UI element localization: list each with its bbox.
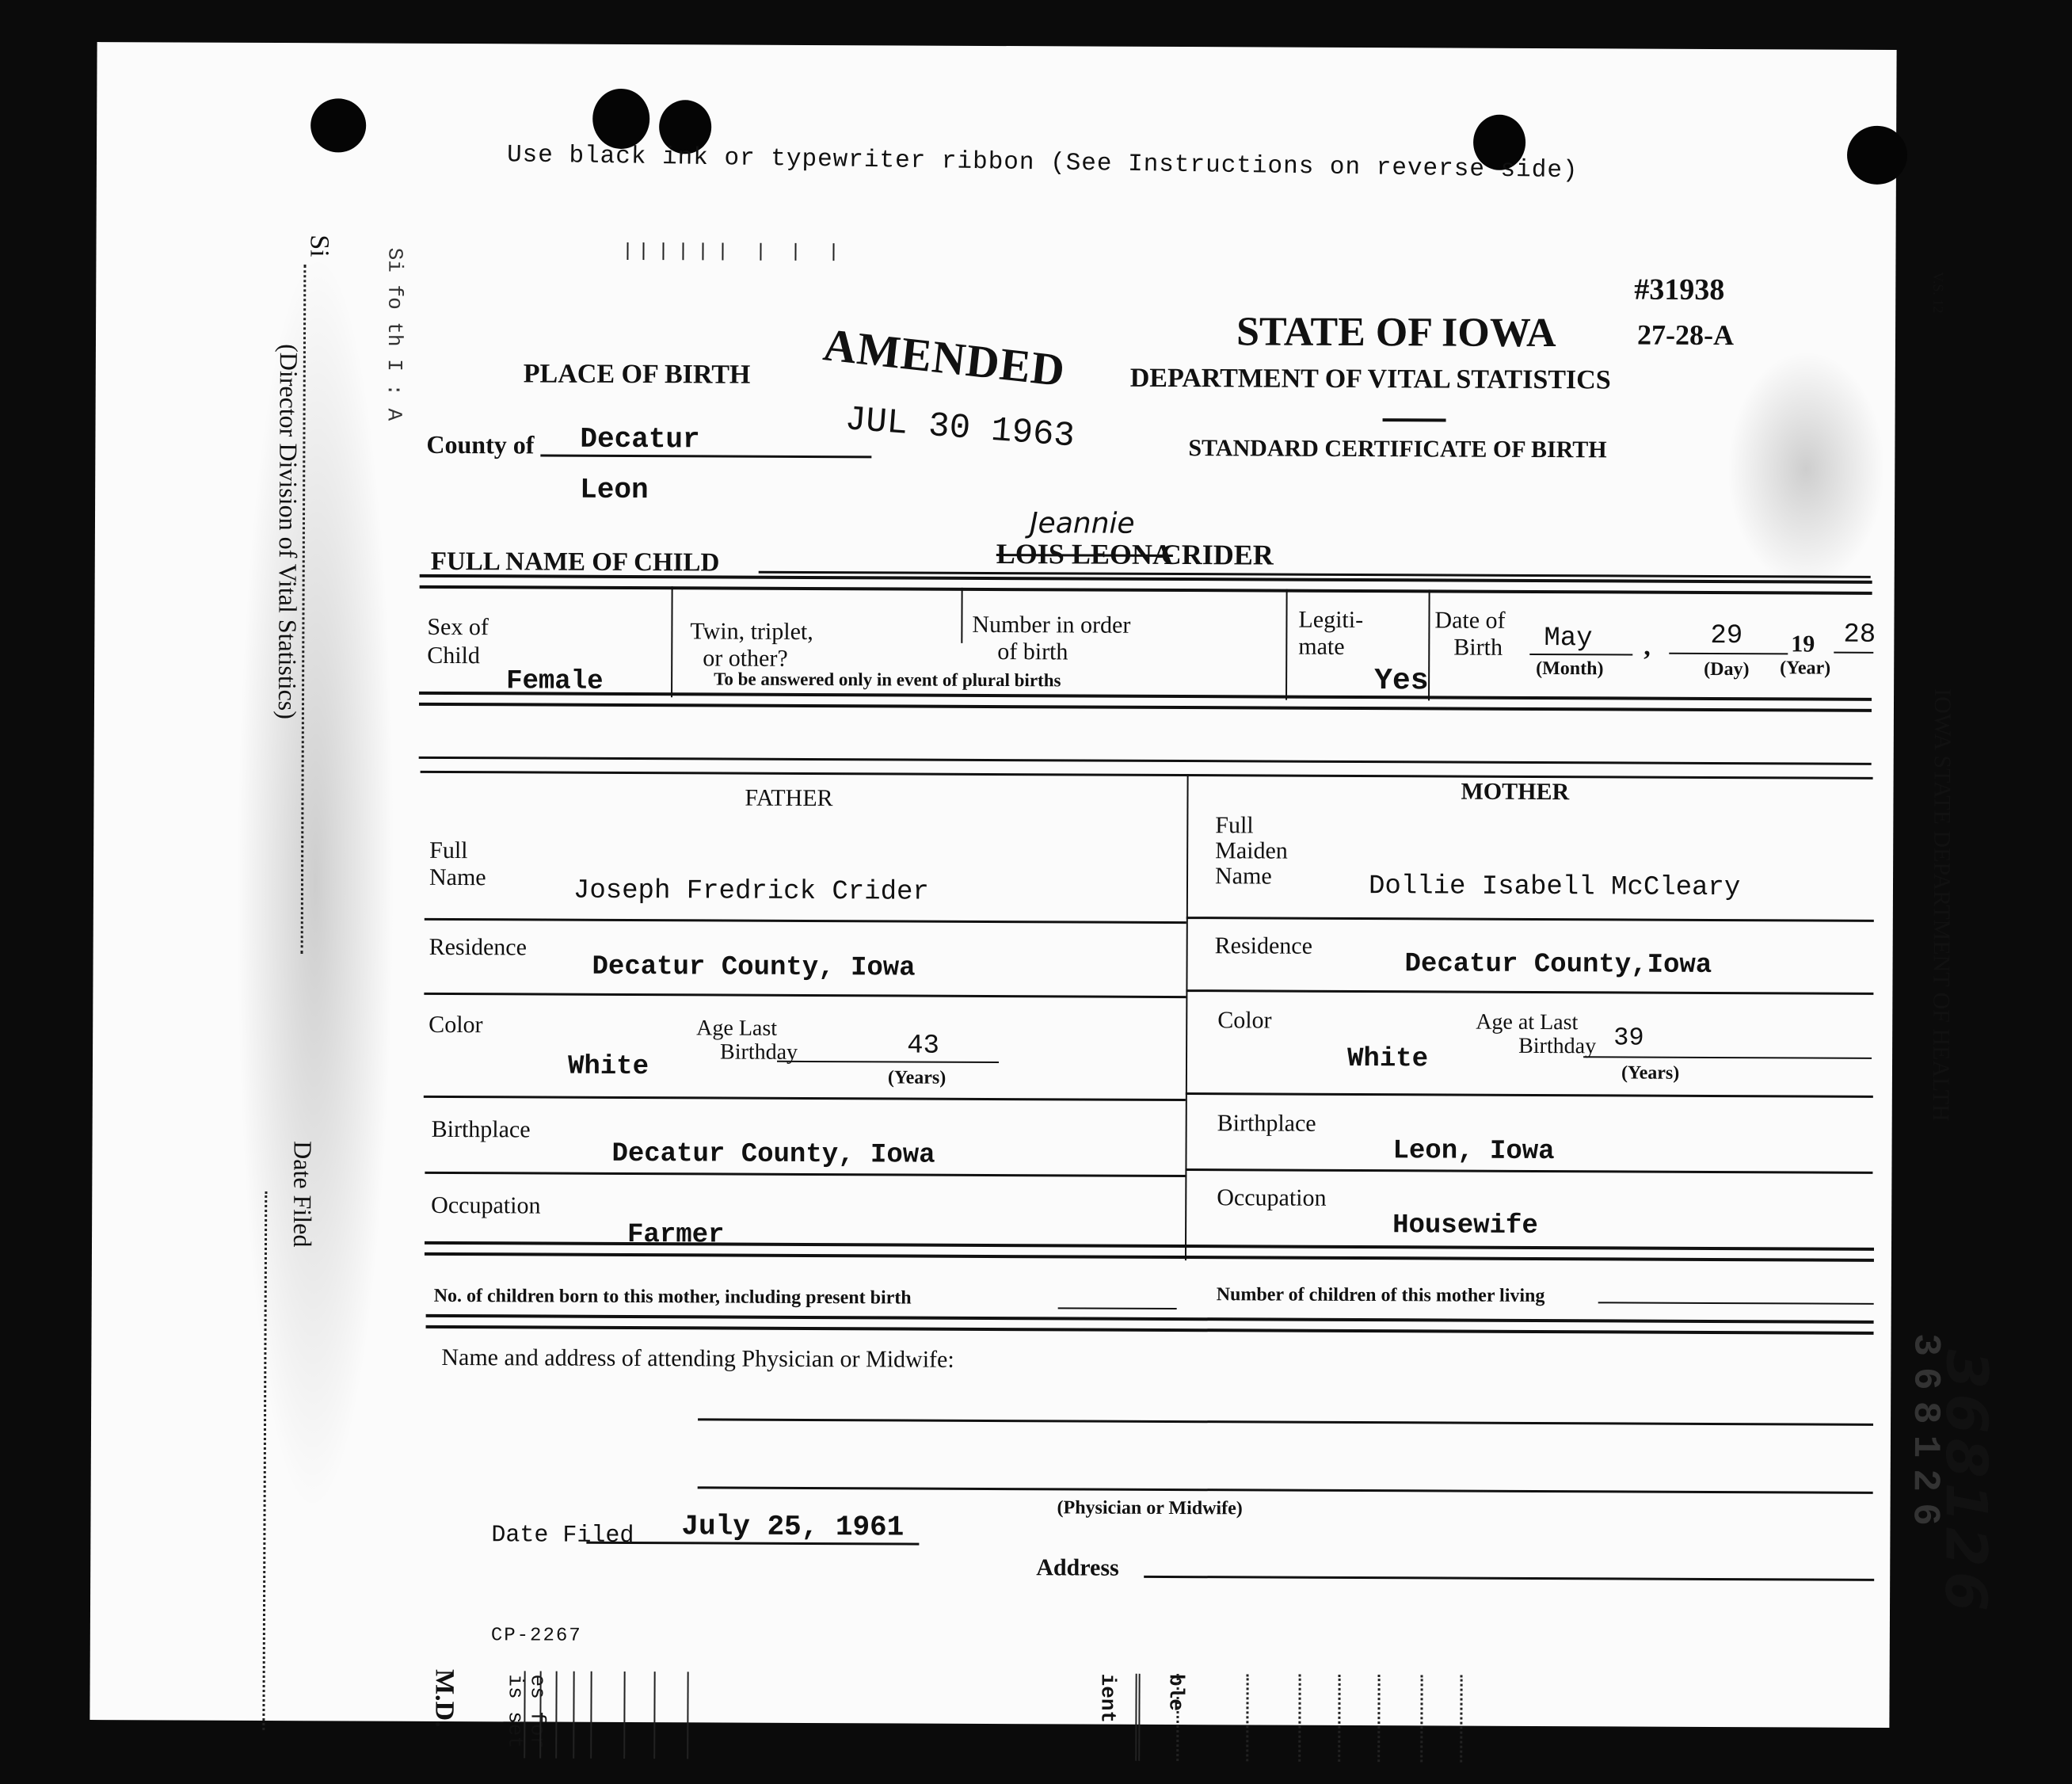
right-stamped-number: 368126: [1903, 1333, 1946, 1537]
dob-month-underline: [1529, 654, 1632, 656]
order-label-2: of birth: [997, 639, 1068, 665]
bottom-dotted: [1338, 1675, 1340, 1762]
form-id-vertical: V.S. 12: [1929, 272, 1946, 313]
left-md-label: M.D.: [428, 1669, 459, 1728]
place-of-birth-heading: PLACE OF BIRTH: [524, 359, 751, 390]
children-living-blank[interactable]: [1598, 1302, 1874, 1305]
margin-tick: [702, 242, 703, 260]
department-title: DEPARTMENT OF VITAL STATISTICS: [1130, 364, 1611, 396]
scan-smudge: [1727, 350, 1886, 589]
bottom-tick: [653, 1672, 655, 1759]
bottom-fragment-1: es for: [525, 1674, 549, 1748]
child-name-label: FULL NAME OF CHILD: [431, 547, 720, 578]
dob-year-caption: (Year): [1780, 658, 1830, 679]
dob-day[interactable]: 29: [1710, 621, 1743, 651]
mother-residence[interactable]: Decatur County,Iowa: [1404, 949, 1712, 981]
dob-comma: ,: [1644, 632, 1651, 662]
children-born-label: No. of children born to this mother, inc…: [434, 1286, 912, 1309]
mother-age-label-1: Age at Last: [1476, 1010, 1578, 1036]
father-name-label-1: Full: [429, 837, 468, 864]
mother-name[interactable]: Dollie Isabell McCleary: [1369, 871, 1740, 903]
dob-month[interactable]: May: [1544, 623, 1592, 654]
twin-label-1: Twin, triplet,: [690, 618, 813, 646]
child-row-top-border: [420, 574, 1872, 595]
date-filed-label: Date Filed: [491, 1522, 634, 1550]
father-color[interactable]: White: [568, 1052, 649, 1082]
address-line[interactable]: [1144, 1576, 1874, 1581]
father-name[interactable]: Joseph Fredrick Crider: [573, 876, 929, 908]
margin-tick: [760, 243, 761, 261]
sex-value[interactable]: Female: [506, 666, 604, 697]
child-name-struck[interactable]: LOIS LEONA: [996, 537, 1173, 571]
state-title: STATE OF IOWA: [1236, 308, 1556, 356]
father-residence[interactable]: Decatur County, Iowa: [592, 952, 915, 984]
amended-stamp: AMENDED: [821, 318, 1068, 397]
left-date-filed: Date Filed: [288, 1141, 318, 1247]
scan-smudge: [234, 249, 398, 1517]
bottom-tick: [1138, 1674, 1140, 1761]
county-value[interactable]: Decatur: [580, 423, 699, 456]
mother-name-label-3: Name: [1215, 863, 1272, 890]
dob-year[interactable]: 28: [1843, 620, 1876, 650]
mother-occupation-label: Occupation: [1217, 1184, 1326, 1212]
father-birthplace-line: [425, 1172, 1185, 1177]
parents-bottom-border: [425, 1241, 1874, 1262]
dob-year-underline: [1834, 652, 1873, 654]
signature-fragment: Si: [303, 234, 333, 257]
father-color-line: [424, 1096, 1186, 1101]
bottom-tick: [555, 1672, 557, 1759]
bottom-tick: [687, 1672, 688, 1759]
form-code: 27-28-A: [1637, 318, 1734, 353]
dob-day-caption: (Day): [1704, 659, 1749, 680]
physician-caption: (Physician or Midwife): [1057, 1497, 1243, 1519]
ink-instruction: Use black ink or typewriter ribbon (See …: [507, 141, 1579, 185]
father-heading: FATHER: [745, 785, 832, 812]
margin-tick: [662, 242, 664, 260]
city-value[interactable]: Leon: [580, 474, 649, 506]
sex-label-2: Child: [427, 642, 480, 669]
father-occupation-label: Occupation: [431, 1192, 540, 1220]
mother-age-caption: (Years): [1621, 1062, 1679, 1084]
parents-top-border: [421, 771, 1873, 780]
margin-tick: [794, 243, 796, 261]
bottom-dotted: [1460, 1675, 1462, 1763]
bottom-tick: [573, 1672, 574, 1759]
mother-name-line: [1186, 917, 1874, 922]
bottom-tick: [623, 1672, 625, 1759]
punch-hole: [592, 89, 649, 149]
director-caption: (Director Division of Vital Statistics): [272, 344, 303, 719]
father-residence-label: Residence: [429, 934, 527, 962]
physician-name-line-2[interactable]: [698, 1486, 1873, 1493]
punch-hole: [1847, 126, 1907, 185]
amended-stamp-date: JUL 30 1963: [844, 400, 1076, 456]
divider: [961, 588, 962, 643]
child-surname[interactable]: CRIDER: [1161, 538, 1274, 572]
father-birthplace[interactable]: Decatur County, Iowa: [611, 1139, 935, 1171]
dob-label-2: Birth: [1453, 635, 1503, 661]
date-filed-value[interactable]: July 25, 1961: [681, 1510, 904, 1543]
legit-value[interactable]: Yes: [1374, 664, 1429, 698]
county-underline: [540, 455, 871, 459]
right-department-vertical: IOWA STATE DEPARTMENT OF HEALTH: [1927, 688, 1956, 1122]
bottom-tick: [590, 1672, 592, 1759]
punch-hole: [310, 98, 366, 152]
dob-day-underline: [1669, 653, 1788, 655]
certificate-page: Use black ink or typewriter ribbon (See …: [90, 42, 1896, 1728]
margin-tick: [832, 243, 834, 261]
mother-age-underline: [1583, 1056, 1872, 1059]
blank-row-line: [419, 757, 1872, 765]
physician-name-line[interactable]: [698, 1418, 1873, 1425]
bottom-dotted: [1420, 1675, 1423, 1762]
certificate-number: #31938: [1634, 273, 1724, 307]
header-divider: [1383, 418, 1446, 421]
address-label: Address: [1036, 1554, 1119, 1581]
dob-century: 19: [1791, 631, 1815, 658]
father-name-label-2: Name: [429, 864, 486, 891]
margin-tick: [722, 242, 723, 260]
mother-heading: MOTHER: [1461, 779, 1569, 806]
bottom-dotted: [1176, 1674, 1179, 1761]
divider: [1285, 589, 1288, 700]
bottom-dotted: [1298, 1675, 1301, 1762]
father-residence-line: [424, 993, 1186, 998]
mother-birthplace[interactable]: Leon, Iowa: [1392, 1136, 1554, 1167]
mother-color[interactable]: White: [1347, 1044, 1428, 1074]
dob-label-1: Date of: [1434, 607, 1505, 634]
father-age-underline: [777, 1061, 999, 1063]
date-filed-underline: [586, 1542, 919, 1546]
bottom-dotted: [1377, 1675, 1380, 1762]
legit-label-1: Legiti-: [1298, 607, 1363, 634]
child-name-correction[interactable]: Jeannie: [1030, 507, 1135, 540]
divider: [671, 586, 673, 697]
bottom-fragment-3: ient: [1095, 1674, 1119, 1724]
margin-tick: [627, 242, 628, 260]
mother-color-label: Color: [1217, 1007, 1271, 1034]
mother-birthplace-label: Birthplace: [1217, 1110, 1316, 1138]
margin-tick: [682, 242, 684, 260]
margin-tick: [642, 242, 644, 260]
sex-label-1: Sex of: [427, 614, 489, 641]
bottom-tick: [1135, 1674, 1137, 1761]
father-age-caption: (Years): [888, 1067, 946, 1088]
legit-label-2: mate: [1298, 634, 1344, 661]
county-label: County of: [426, 430, 534, 460]
mother-residence-label: Residence: [1215, 932, 1312, 960]
mother-birthplace-line: [1185, 1168, 1872, 1174]
dob-month-caption: (Month): [1536, 658, 1603, 680]
father-age[interactable]: 43: [907, 1031, 939, 1062]
father-age-label-1: Age Last: [696, 1016, 777, 1041]
father-birthplace-label: Birthplace: [432, 1116, 531, 1144]
physician-label: Name and address of attending Physician …: [441, 1344, 954, 1374]
form-number: CP-2267: [491, 1625, 582, 1647]
child-row-bottom-border: [419, 692, 1872, 712]
father-name-line: [425, 918, 1186, 924]
top-margin-fragments: Si fo th I : A: [383, 248, 407, 421]
mother-color-line: [1186, 1092, 1873, 1098]
mother-name-label-1: Full: [1215, 812, 1254, 839]
parents-divider: [1185, 774, 1189, 1260]
mother-age[interactable]: 39: [1613, 1023, 1644, 1052]
children-born-blank[interactable]: [1058, 1307, 1177, 1309]
plural-note: To be answered only in event of plural b…: [714, 669, 1061, 691]
children-living-label: Number of children of this mother living: [1217, 1284, 1545, 1307]
mother-name-label-2: Maiden: [1215, 837, 1288, 864]
bottom-dotted: [1246, 1674, 1248, 1761]
mother-residence-line: [1186, 989, 1873, 995]
children-bottom-border: [426, 1314, 1874, 1335]
mother-occupation[interactable]: Housewife: [1392, 1210, 1538, 1241]
certificate-type: STANDARD CERTIFICATE OF BIRTH: [1188, 435, 1606, 463]
order-label-1: Number in order: [972, 612, 1130, 639]
father-color-label: Color: [428, 1012, 482, 1039]
